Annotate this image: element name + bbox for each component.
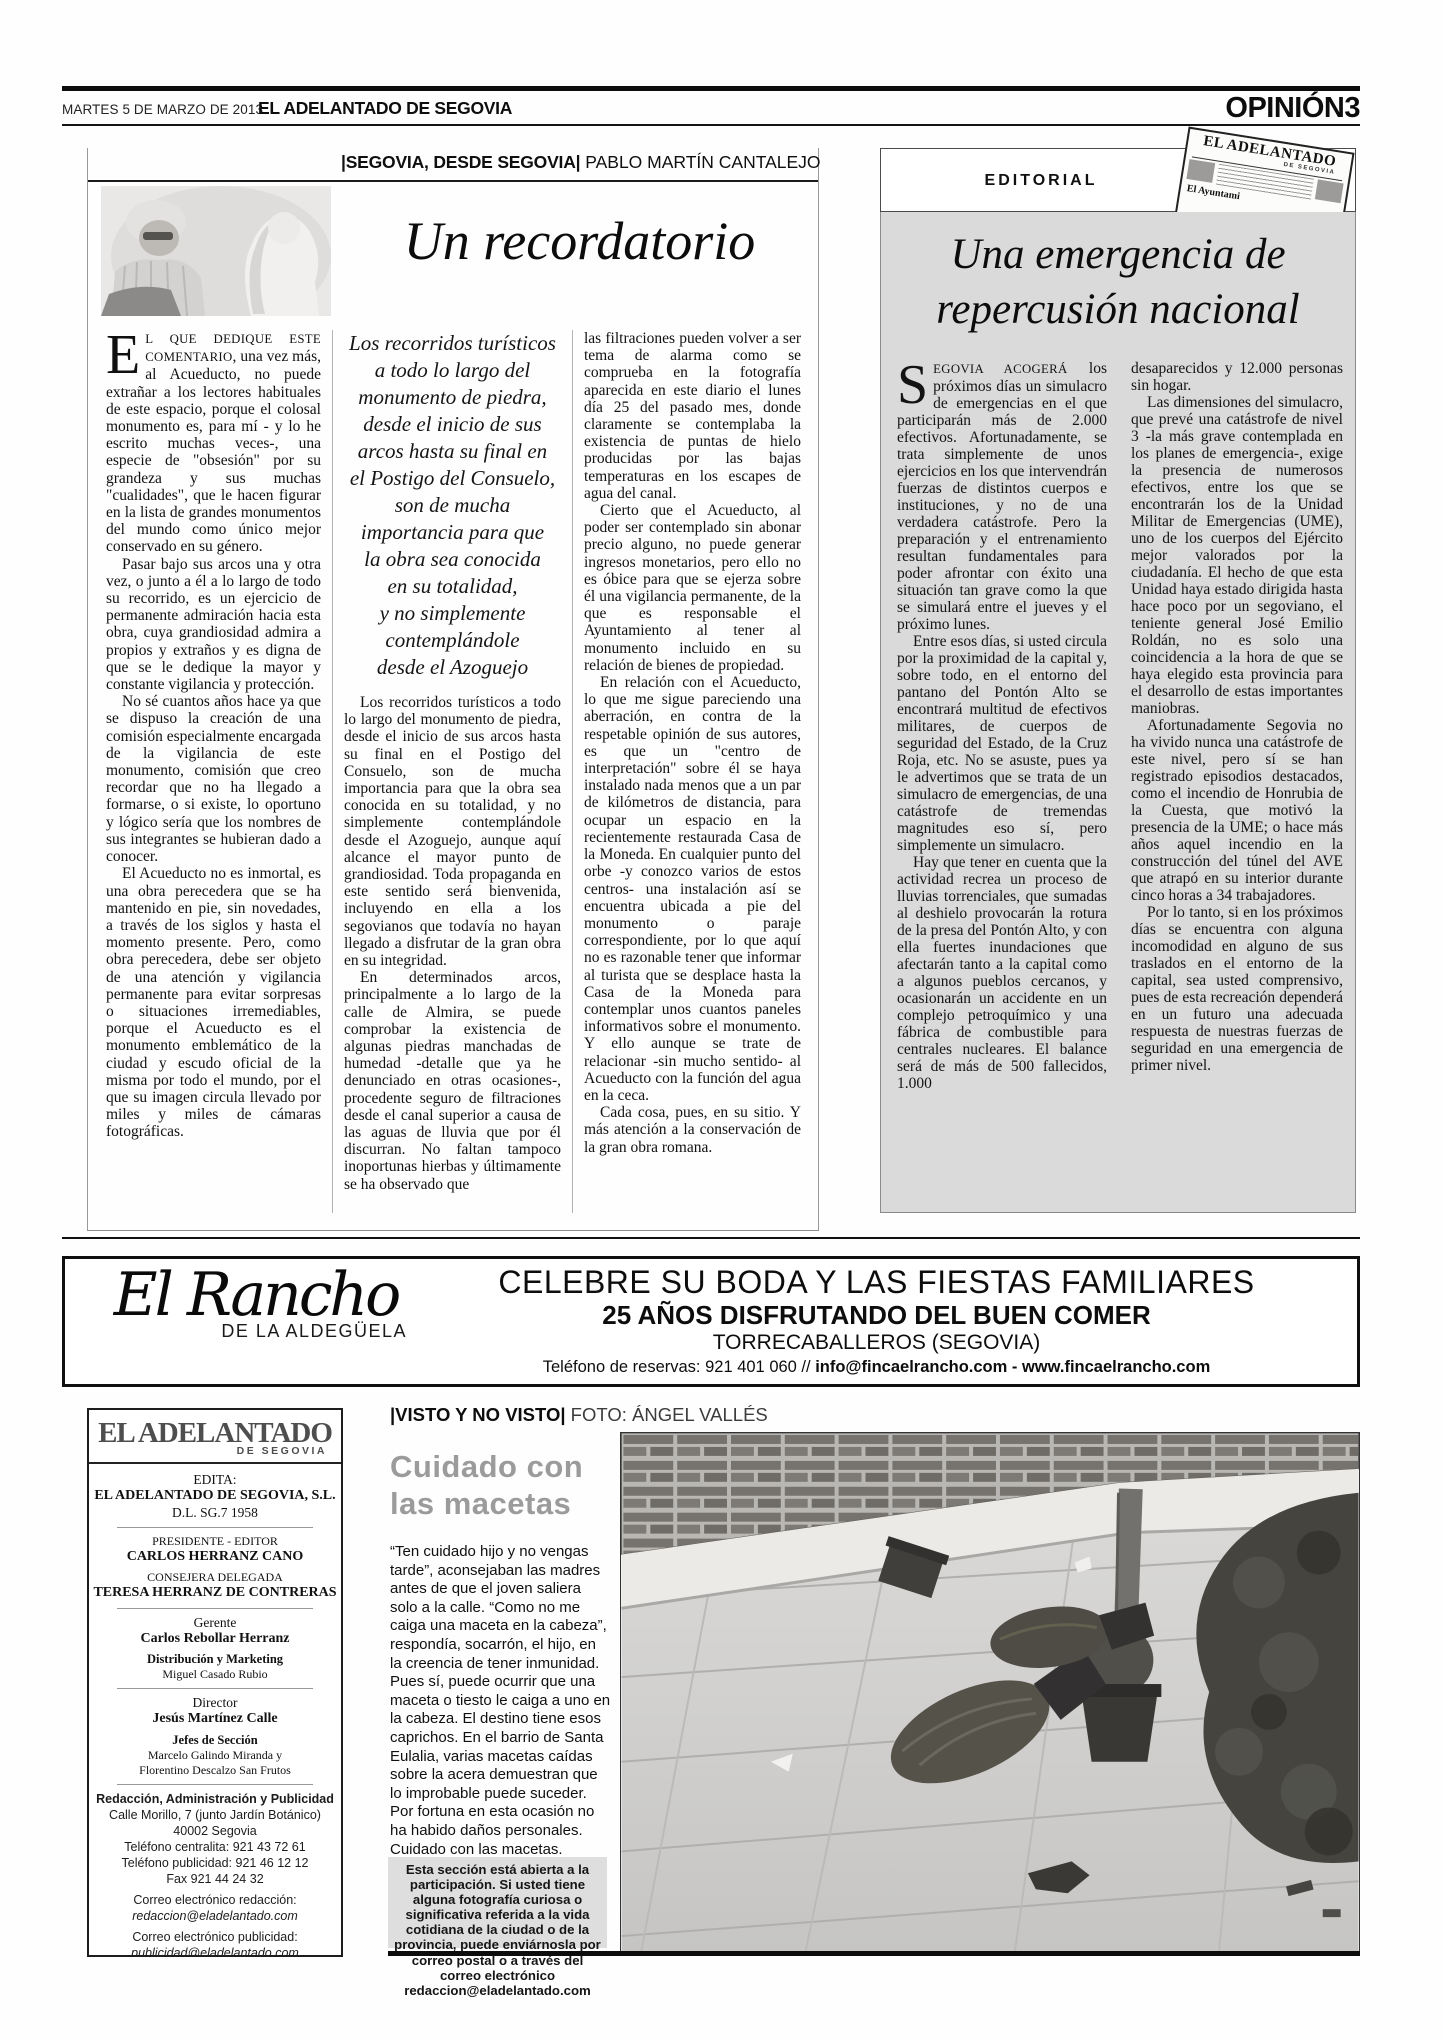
ad-phone: Teléfono de reservas: 921 401 060 // [543, 1358, 815, 1376]
column-divider [332, 330, 333, 1213]
clipping-front-page: EL ADELANTADO DE SEGOVIA El Ayuntami [1173, 127, 1355, 213]
opinion-article: |SEGOVIA, DESDE SEGOVIA| PABLO MARTÍN CA… [87, 148, 819, 1231]
ad-contact-line: Teléfono de reservas: 921 401 060 // inf… [410, 1356, 1343, 1378]
section-separator-rule [62, 1237, 1360, 1239]
author-photo-illustration [101, 186, 331, 316]
ad-subheadline: 25 AÑOS DISFRUTANDO DEL BUEN COMER [410, 1300, 1343, 1330]
restaurant-advertisement: El Rancho DE LA ALDEGÜELA CELEBRE SU BOD… [62, 1256, 1360, 1387]
header-paper-name: EL ADELANTADO DE SEGOVIA [258, 98, 512, 119]
bottom-rule [388, 1951, 1360, 1956]
ad-location: TORRECABALLEROS (SEGOVIA) [410, 1330, 1343, 1356]
editorial-column-2: desaparecidos y 12.000 personas sin hoga… [1131, 360, 1343, 1195]
article-title: Un recordatorio [341, 212, 818, 270]
editorial-label: EDITORIAL [881, 172, 1201, 190]
article-section-label: |SEGOVIA, DESDE SEGOVIA| [341, 152, 580, 172]
pull-quote: Los recorridos turísticosa todo lo largo… [344, 330, 561, 681]
editorial-column-1: SEGOVIA ACOGERÁ los próximos días un sim… [897, 360, 1107, 1195]
ad-text-block: CELEBRE SU BODA Y LAS FIESTAS FAMILIARES… [410, 1264, 1343, 1378]
column-divider [572, 330, 573, 1213]
visto-headline-line2: las macetas [390, 1485, 583, 1522]
editorial-header-band: EDITORIAL EL ADELANTADO DE SEGOVIA El Ay… [880, 148, 1356, 212]
masthead-logo: EL ADELANTADO [89, 1418, 341, 1448]
ad-logo-block: El Rancho DE LA ALDEGÜELA [101, 1259, 411, 1342]
ad-headline: CELEBRE SU BODA Y LAS FIESTAS FAMILIARES [410, 1264, 1343, 1300]
visto-section-label: |VISTO Y NO VISTO| [390, 1404, 566, 1425]
newspaper-clipping: EL ADELANTADO DE SEGOVIA El Ayuntami [1173, 125, 1357, 213]
participation-notice-box: Esta sección está abierta a la participa… [388, 1857, 607, 1948]
visto-headline-line1: Cuidado con [390, 1448, 583, 1485]
editorial-title-line2: repercusión nacional [881, 282, 1355, 337]
article-kicker: |SEGOVIA, DESDE SEGOVIA| PABLO MARTÍN CA… [341, 152, 818, 173]
editorial-title: Una emergencia de repercusión nacional [881, 212, 1355, 337]
header-top-rule [62, 86, 1360, 91]
masthead-staff-list: EDITA:EL ADELANTADO DE SEGOVIA, S.L.D.L.… [89, 1472, 341, 1957]
visto-kicker: |VISTO Y NO VISTO| FOTO: ÁNGEL VALLÉS [390, 1404, 768, 1426]
street-photo-illustration [620, 1432, 1360, 1952]
masthead-rule [89, 1462, 341, 1464]
clipping-photo-thumb [1186, 159, 1215, 183]
staff-masthead-box: EL ADELANTADO DE SEGOVIA EDITA:EL ADELAN… [87, 1408, 343, 1957]
visto-headline: Cuidado con las macetas [390, 1448, 583, 1522]
header-section-page: OPINIÓN3 [1225, 92, 1360, 125]
editorial-block: EDITORIAL EL ADELANTADO DE SEGOVIA El Ay… [880, 148, 1356, 1213]
header-date: MARTES 5 DE MARZO DE 2013 [62, 102, 263, 117]
visto-photo-credit: FOTO: ÁNGEL VALLÉS [566, 1404, 768, 1425]
article-column-2: Los recorridos turísticosa todo lo largo… [344, 330, 561, 1215]
article-column-1: EL QUE DEDIQUE ESTE COMENTARIO, una vez … [106, 330, 321, 1215]
newspaper-page: MARTES 5 DE MARZO DE 2013 EL ADELANTADO … [0, 0, 1442, 2040]
header-bottom-rule [62, 124, 1360, 126]
clipping-photo-thumb [1315, 179, 1344, 203]
article-column-2-text: Los recorridos turísticos a todo lo larg… [344, 694, 561, 1193]
ad-web: info@fincaelrancho.com - www.fincaelranc… [815, 1358, 1210, 1376]
article-author: PABLO MARTÍN CANTALEJO [580, 152, 820, 172]
editorial-body-panel: Una emergencia de repercusión nacional S… [880, 212, 1356, 1213]
editorial-title-line1: Una emergencia de [881, 227, 1355, 282]
visto-body-text: “Ten cuidado hijo y no vengas tarde”, ac… [390, 1543, 611, 1878]
kicker-rule [88, 180, 818, 182]
article-column-3: las filtraciones pueden volver a ser tem… [584, 330, 801, 1215]
